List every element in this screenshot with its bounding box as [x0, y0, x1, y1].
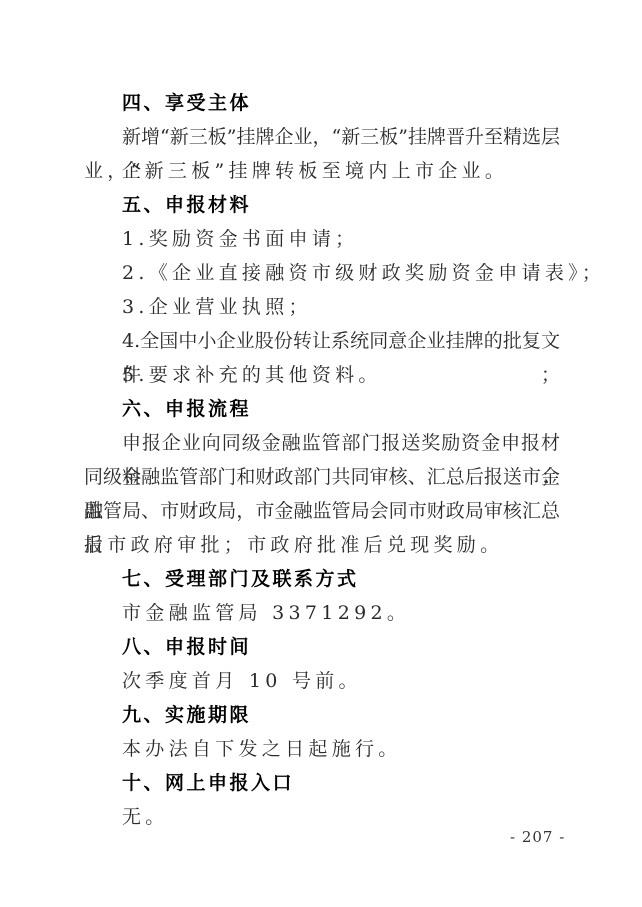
section-heading-7: 七、受理部门及联系方式	[84, 562, 560, 596]
deadline-line: 次季度首月 10 号前。	[84, 664, 560, 698]
section-heading-4: 四、享受主体	[84, 86, 560, 120]
section-heading-5: 五、申报材料	[84, 188, 560, 222]
list-item: 2.《企业直接融资市级财政奖励资金申请表》；	[84, 256, 560, 290]
paragraph-line: 同级金融监管部门和财政部门共同审核、汇总后报送市金融	[84, 460, 560, 494]
page-number: - 207 -	[510, 828, 565, 846]
list-item: 4.全国中小企业股份转让系统同意企业挂牌的批复文件；	[84, 324, 560, 358]
paragraph-line: 申报企业向同级金融监管部门报送奖励资金申报材料；	[84, 426, 560, 460]
document-page: 四、享受主体 新增“新三板”挂牌企业，“新三板”挂牌晋升至精选层企 业，“新三板…	[84, 86, 560, 834]
paragraph-line: 新增“新三板”挂牌企业，“新三板”挂牌晋升至精选层企	[84, 120, 560, 154]
section-heading-10: 十、网上申报入口	[84, 766, 560, 800]
paragraph-line: 报市政府审批；市政府批准后兑现奖励。	[84, 528, 560, 562]
online-entry-line: 无。	[84, 800, 560, 834]
contact-line: 市金融监管局 3371292。	[84, 596, 560, 630]
effective-line: 本办法自下发之日起施行。	[84, 732, 560, 766]
section-heading-8: 八、申报时间	[84, 630, 560, 664]
section-heading-9: 九、实施期限	[84, 698, 560, 732]
paragraph-line: 业，“新三板”挂牌转板至境内上市企业。	[84, 154, 560, 188]
section-heading-6: 六、申报流程	[84, 392, 560, 426]
paragraph-line: 监管局、市财政局，市金融监管局会同市财政局审核汇总后	[84, 494, 560, 528]
list-item: 1.奖励资金书面申请；	[84, 222, 560, 256]
list-item: 3.企业营业执照；	[84, 290, 560, 324]
